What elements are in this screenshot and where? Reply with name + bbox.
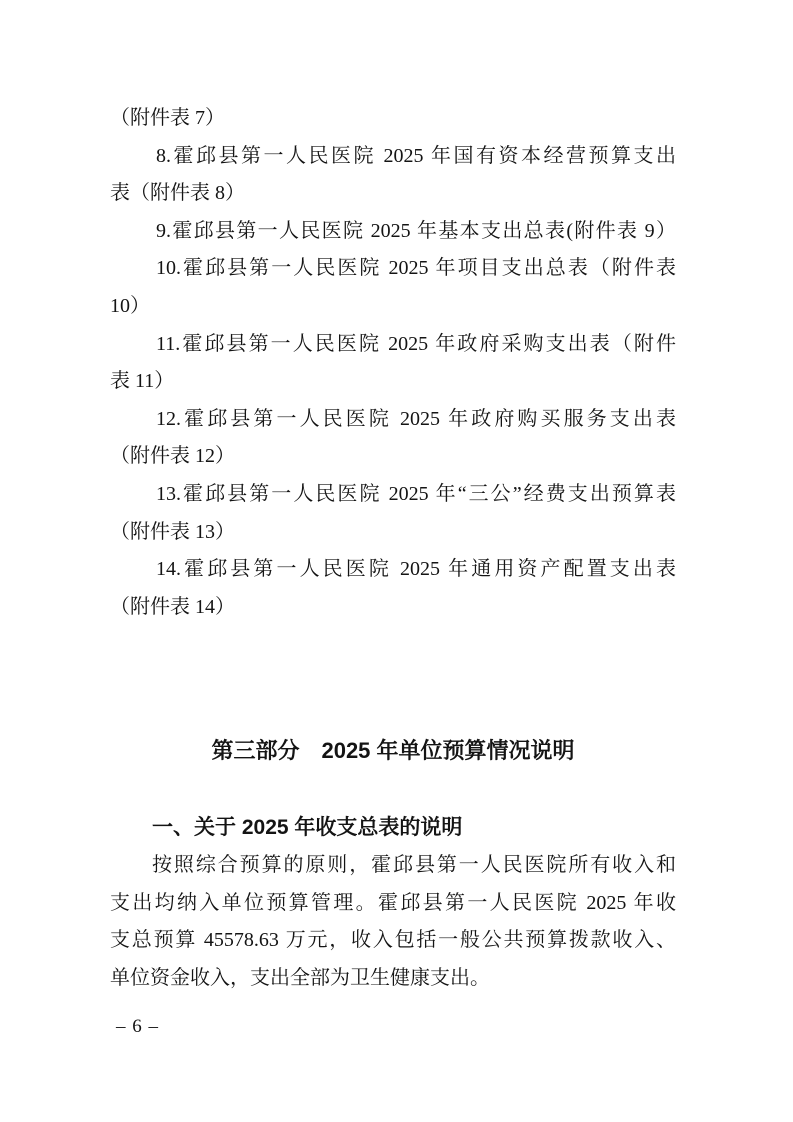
section-title: 第三部分 2025 年单位预算情况说明: [110, 731, 676, 771]
paragraph-line: 按照综合预算的原则，霍邱县第一人民医院所有收入和: [110, 847, 676, 885]
attachment-list-line: 表 11）: [110, 363, 676, 401]
attachment-list-line: 表（附件表 8）: [110, 175, 676, 213]
attachment-list-line: 12.霍邱县第一人民医院 2025 年政府购买服务支出表: [110, 401, 676, 439]
attachment-list-line: 9.霍邱县第一人民医院 2025 年基本支出总表(附件表 9）: [110, 213, 676, 251]
attachment-list-line: 10）: [110, 288, 676, 326]
attachment-list-line: 11.霍邱县第一人民医院 2025 年政府采购支出表（附件: [110, 326, 676, 364]
attachment-table-list: （附件表 7） 8.霍邱县第一人民医院 2025 年国有资本经营预算支出 表（附…: [110, 100, 676, 626]
attachment-list-line: （附件表 12）: [110, 438, 676, 476]
attachment-list-line: 13.霍邱县第一人民医院 2025 年“三公”经费支出预算表: [110, 476, 676, 514]
page-number: – 6 –: [116, 1012, 159, 1042]
document-page: （附件表 7） 8.霍邱县第一人民医院 2025 年国有资本经营预算支出 表（附…: [0, 0, 793, 1122]
attachment-list-line: 14.霍邱县第一人民医院 2025 年通用资产配置支出表: [110, 551, 676, 589]
paragraph-line: 支总预算 45578.63 万元，收入包括一般公共预算拨款收入、: [110, 922, 676, 960]
attachment-list-line: 10.霍邱县第一人民医院 2025 年项目支出总表（附件表: [110, 250, 676, 288]
attachment-list-line: （附件表 13）: [110, 514, 676, 552]
paragraph-line: 单位资金收入，支出全部为卫生健康支出。: [110, 960, 676, 998]
subsection-heading: 一、关于 2025 年收支总表的说明: [110, 809, 676, 847]
attachment-list-line: 8.霍邱县第一人民医院 2025 年国有资本经营预算支出: [110, 138, 676, 176]
attachment-list-line: （附件表 7）: [110, 100, 676, 138]
paragraph-line: 支出均纳入单位预算管理。霍邱县第一人民医院 2025 年收: [110, 885, 676, 923]
budget-summary-paragraph: 按照综合预算的原则，霍邱县第一人民医院所有收入和 支出均纳入单位预算管理。霍邱县…: [110, 847, 676, 997]
attachment-list-line: （附件表 14）: [110, 589, 676, 627]
